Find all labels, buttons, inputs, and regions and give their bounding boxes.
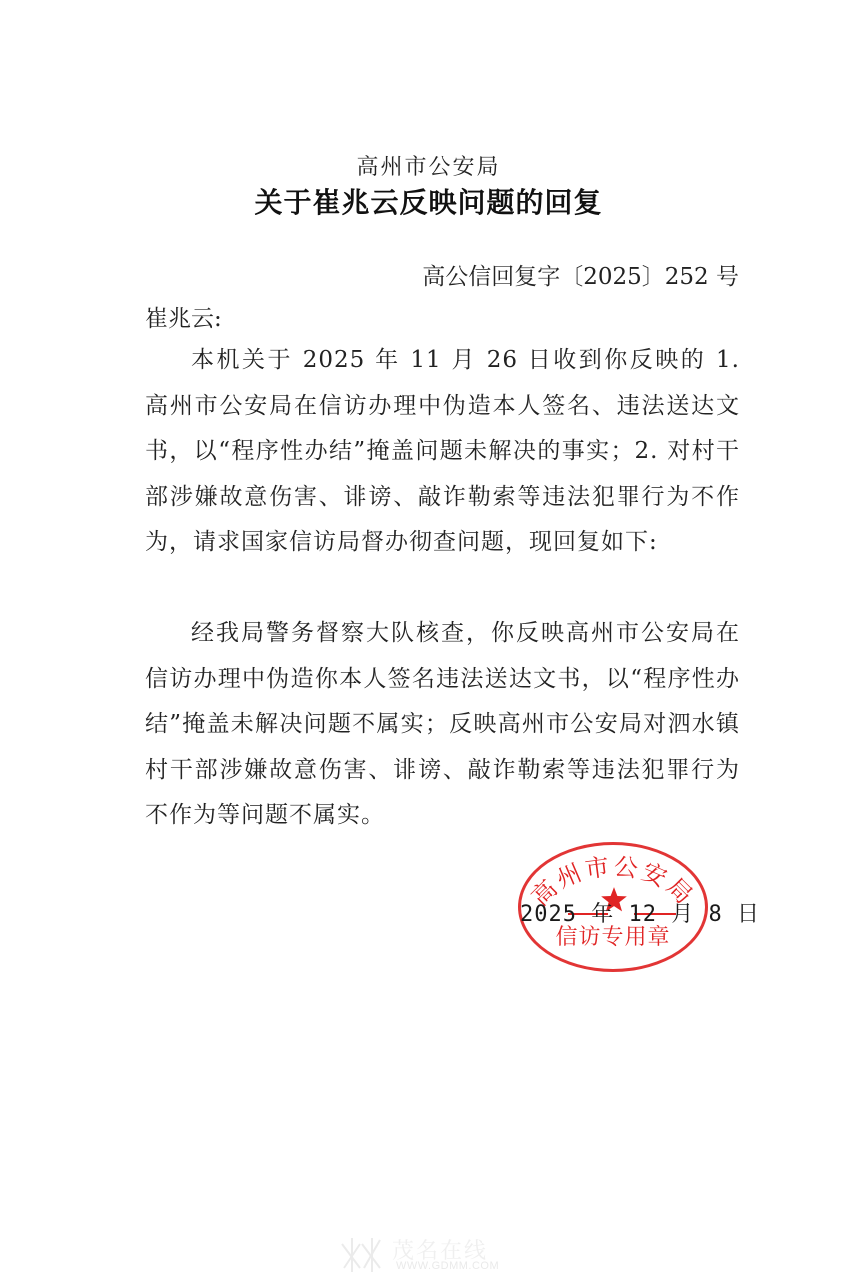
watermark-url: WWW.GDMM.COM [396, 1260, 499, 1272]
issuer-heading: 高州市公安局 [0, 150, 857, 181]
document-date: 2025 年 12 月 8 日 [520, 897, 760, 928]
document-title: 关于崔兆云反映问题的回复 [0, 181, 857, 221]
watermark: 茂名在线 WWW.GDMM.COM [340, 1232, 540, 1280]
gdmm-logo-icon [340, 1234, 388, 1274]
document-page: 高州市公安局 关于崔兆云反映问题的回复 高公信回复字〔2025〕252 号 崔兆… [0, 0, 857, 1280]
document-number: 高公信回复字〔2025〕252 号 [422, 258, 739, 291]
body-paragraph-1: 本机关于 2025 年 11 月 26 日收到你反映的 1. 高州市公安局在信访… [145, 338, 740, 566]
body-paragraph-2: 经我局警务督察大队核查，你反映高州市公安局在信访办理中伪造你本人签名违法送达文书… [145, 611, 740, 839]
salutation: 崔兆云: [145, 300, 222, 333]
